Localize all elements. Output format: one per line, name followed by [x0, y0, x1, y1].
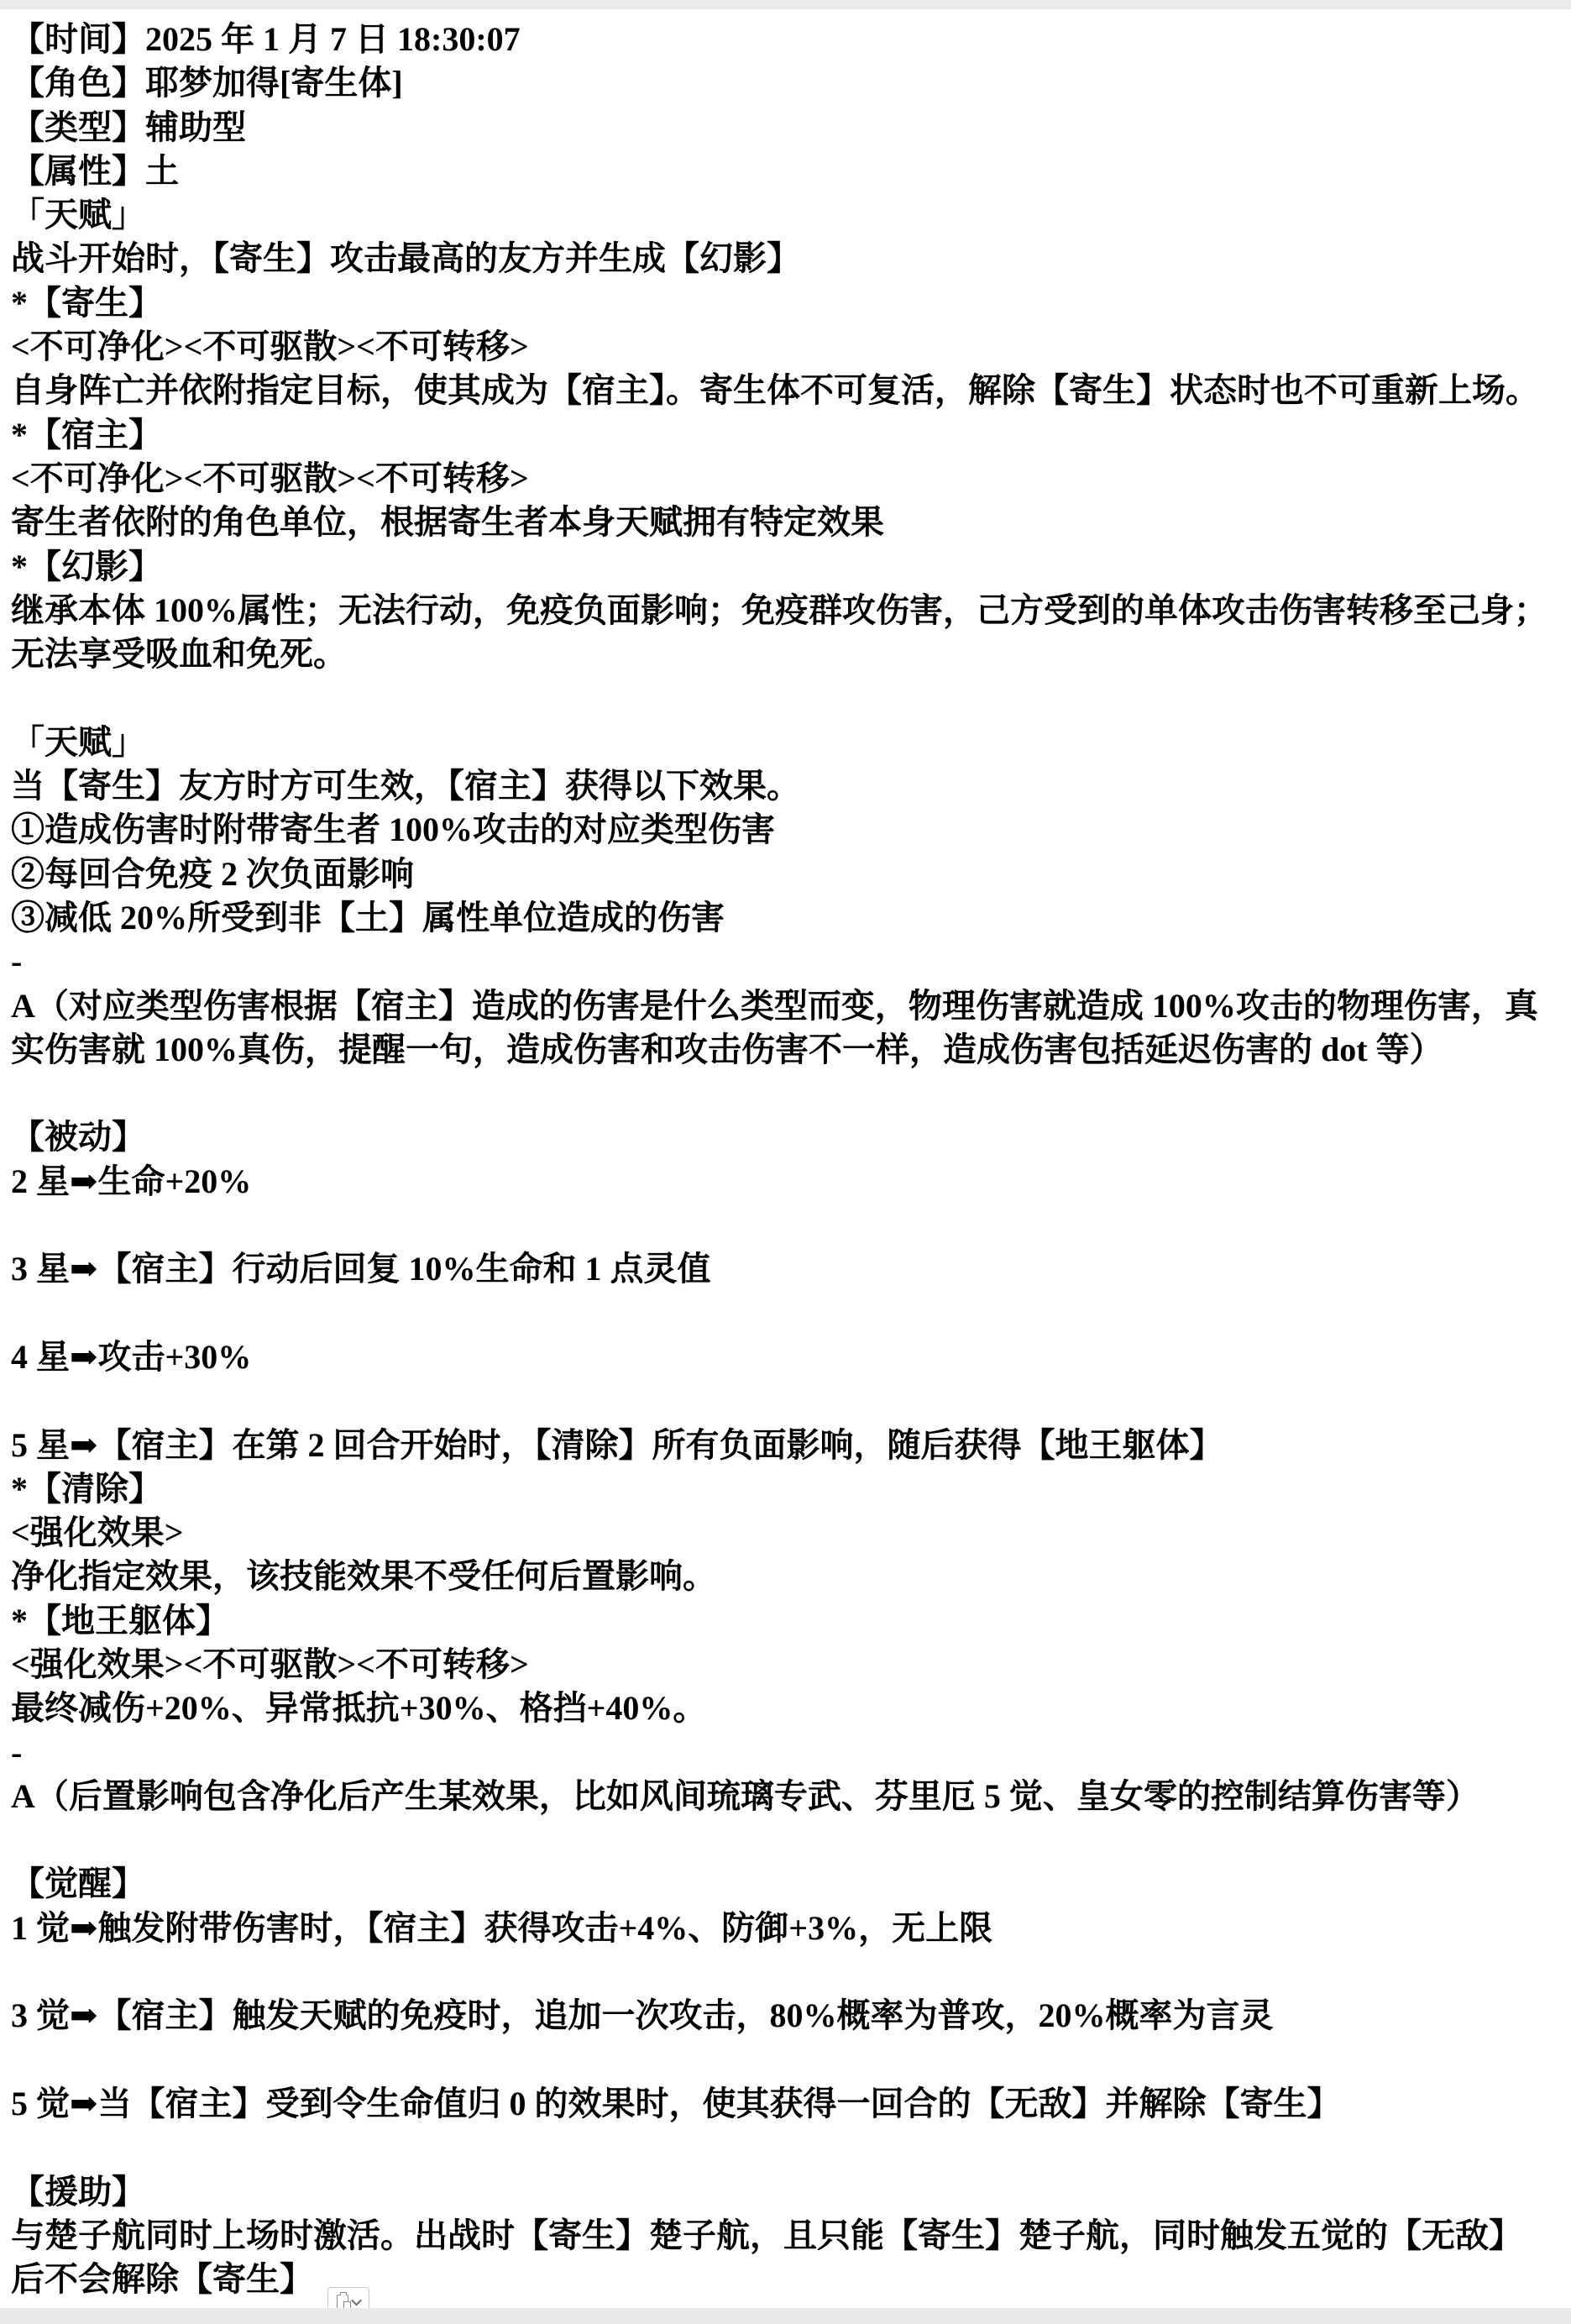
document-window: { "colors": { "page_background": "#fffff… — [0, 0, 1571, 2324]
text-line: ③减低 20%所受到非【土】属性单位造成的伤害 — [11, 896, 1571, 940]
text-line: A（对应类型伤害根据【宿主】造成的伤害是什么类型而变，物理伤害就造成 100%攻… — [11, 984, 1571, 1028]
text-line: 【类型】辅助型 — [11, 106, 1571, 150]
text-line: 5 觉➡当【宿主】受到令生命值归 0 的效果时，使其获得一回合的【无敌】并解除【… — [11, 2082, 1571, 2126]
text-line: *【地王躯体】 — [11, 1599, 1571, 1643]
text-line: <不可净化><不可驱散><不可转移> — [11, 457, 1571, 501]
text-line: 【被动】 — [11, 1115, 1571, 1159]
text-line: 【时间】2025 年 1 月 7 日 18:30:07 — [11, 18, 1571, 61]
text-line: 2 星➡生命+20% — [11, 1160, 1571, 1204]
text-line: 战斗开始时，【寄生】攻击最高的友方并生成【幻影】 — [11, 237, 1571, 281]
window-bottom-edge — [0, 2308, 1571, 2324]
text-line: <不可净化><不可驱散><不可转移> — [11, 325, 1571, 369]
text-line: *【宿主】 — [11, 413, 1571, 457]
text-line: 4 星➡攻击+30% — [11, 1335, 1571, 1379]
text-line: 【援助】 — [11, 2170, 1571, 2214]
text-line — [11, 1292, 1571, 1335]
text-line: A（后置影响包含净化后产生某效果，比如风间琉璃专武、芬里厄 5 觉、皇女零的控制… — [11, 1775, 1571, 1818]
text-line — [11, 1072, 1571, 1115]
text-line: 最终减伤+20%、异常抵抗+30%、格挡+40%。 — [11, 1687, 1571, 1730]
text-line: - — [11, 940, 1571, 984]
text-line: 5 星➡【宿主】在第 2 回合开始时，【清除】所有负面影响，随后获得【地王躯体】 — [11, 1424, 1571, 1467]
text-line — [11, 1204, 1571, 1247]
text-line: *【幻影】 — [11, 545, 1571, 589]
text-line: ②每回合免疫 2 次负面影响 — [11, 852, 1571, 896]
text-line: *【清除】 — [11, 1467, 1571, 1511]
text-line: 「天赋」 — [11, 193, 1571, 237]
text-line: 寄生者依附的角色单位，根据寄生者本身天赋拥有特定效果 — [11, 501, 1571, 544]
document-text: 【时间】2025 年 1 月 7 日 18:30:07【角色】耶梦加得[寄生体]… — [11, 18, 1571, 2301]
text-line: 净化指定效果，该技能效果不受任何后置影响。 — [11, 1555, 1571, 1598]
text-line: *【寄生】 — [11, 281, 1571, 325]
text-line: 【觉醒】 — [11, 1862, 1571, 1906]
window-top-edge — [0, 0, 1571, 9]
text-line: 与楚子航同时上场时激活。出战时【寄生】楚子航，且只能【寄生】楚子航，同时触发五觉… — [11, 2214, 1571, 2258]
text-line: 后不会解除【寄生】 — [11, 2258, 1571, 2301]
text-line — [11, 2038, 1571, 2082]
chevron-down-icon — [351, 2295, 362, 2306]
text-line: 【属性】土 — [11, 150, 1571, 193]
text-line: 1 觉➡触发附带伤害时，【宿主】获得攻击+4%、防御+3%，无上限 — [11, 1907, 1571, 1950]
text-line — [11, 1950, 1571, 1994]
text-line: 无法享受吸血和免死。 — [11, 632, 1571, 676]
text-line: 3 星➡【宿主】行动后回复 10%生命和 1 点灵值 — [11, 1247, 1571, 1291]
text-line: 实伤害就 100%真伤，提醒一句，造成伤害和攻击伤害不一样，造成伤害包括延迟伤害… — [11, 1028, 1571, 1072]
text-line: 3 觉➡【宿主】触发天赋的免疫时，追加一次攻击，80%概率为普攻，20%概率为言… — [11, 1994, 1571, 2038]
text-line — [11, 1379, 1571, 1423]
clipboard-icon — [337, 2295, 348, 2309]
text-line — [11, 1818, 1571, 1862]
text-line: <强化效果><不可驱散><不可转移> — [11, 1643, 1571, 1687]
text-line: 自身阵亡并依附指定目标，使其成为【宿主】。寄生体不可复活，解除【寄生】状态时也不… — [11, 369, 1571, 412]
text-line: 继承本体 100%属性；无法行动，免疫负面影响；免疫群攻伤害，己方受到的单体攻击… — [11, 589, 1571, 632]
text-line: ①造成伤害时附带寄生者 100%攻击的对应类型伤害 — [11, 808, 1571, 852]
text-line — [11, 676, 1571, 720]
text-line: - — [11, 1731, 1571, 1775]
text-line: 【角色】耶梦加得[寄生体] — [11, 61, 1571, 105]
text-line — [11, 2126, 1571, 2169]
text-line: 当【寄生】友方时方可生效，【宿主】获得以下效果。 — [11, 764, 1571, 808]
text-line: <强化效果> — [11, 1511, 1571, 1555]
text-line: 「天赋」 — [11, 721, 1571, 764]
